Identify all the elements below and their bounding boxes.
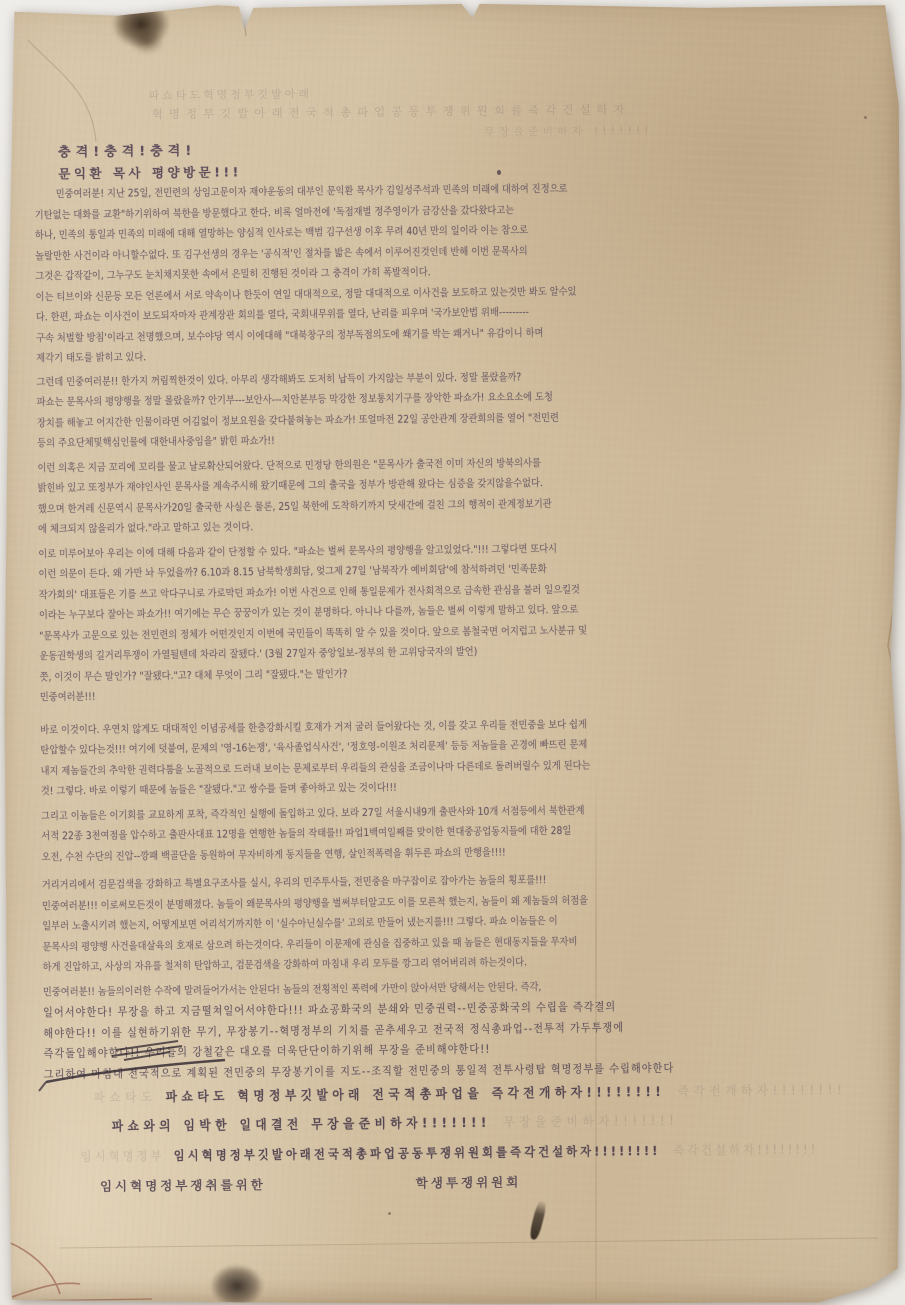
ghost-double-print: 즉각전개하자!!!!!!!! <box>678 1083 846 1100</box>
leaflet-text-layer: 파쇼타도혁명정부깃발아래 혁명정부깃발아래전국적총파업공동투쟁위원회를즉각건설하… <box>33 0 892 1305</box>
signature-right: 학생투쟁위원회 <box>416 1170 522 1195</box>
scanned-leaflet: 파쇼타도혁명정부깃발아래 혁명정부깃발아래전국적총파업공동투쟁위원회를즉각건설하… <box>0 0 905 1305</box>
ghost-double-print: 무장을준비하자!!!!!!! <box>503 1114 678 1131</box>
slogan-text: 파쇼와의 임박한 일대결전 무장을준비하자!!!!!!! <box>112 1116 491 1135</box>
ghost-double-print: 파쇼타도 <box>93 1090 156 1106</box>
leaflet-paper: 파쇼타도혁명정부깃발아래 혁명정부깃발아래전국적총파업공동투쟁위원회를즉각건설하… <box>0 0 905 1305</box>
vertical-fold-crease <box>595 760 597 1300</box>
edge-crease <box>888 610 895 678</box>
signature-left: 임시혁명정부쟁취를위한 <box>100 1173 266 1199</box>
ghost-double-print: 임시혁명정부 <box>81 1148 165 1164</box>
leaflet-body: 충격!충격!충격! 문익환 목사 평양방문!!! 민중여러분! 지난 25일, … <box>33 0 890 1199</box>
signature-line: 임시혁명정부쟁취를위한 학생투쟁위원회 <box>45 1167 890 1200</box>
slogan-text: 파쇼타도 혁명정부깃발아래 전국적총파업을 즉각전개하자!!!!!!!! <box>166 1085 666 1105</box>
slogan-text: 임시혁명정부깃발아래전국적총파업공동투쟁위원회를즉각건설하자!!!!!!!! <box>174 1143 661 1163</box>
ghost-double-print: 즉각건설하자!!!!!!!! <box>673 1141 819 1158</box>
